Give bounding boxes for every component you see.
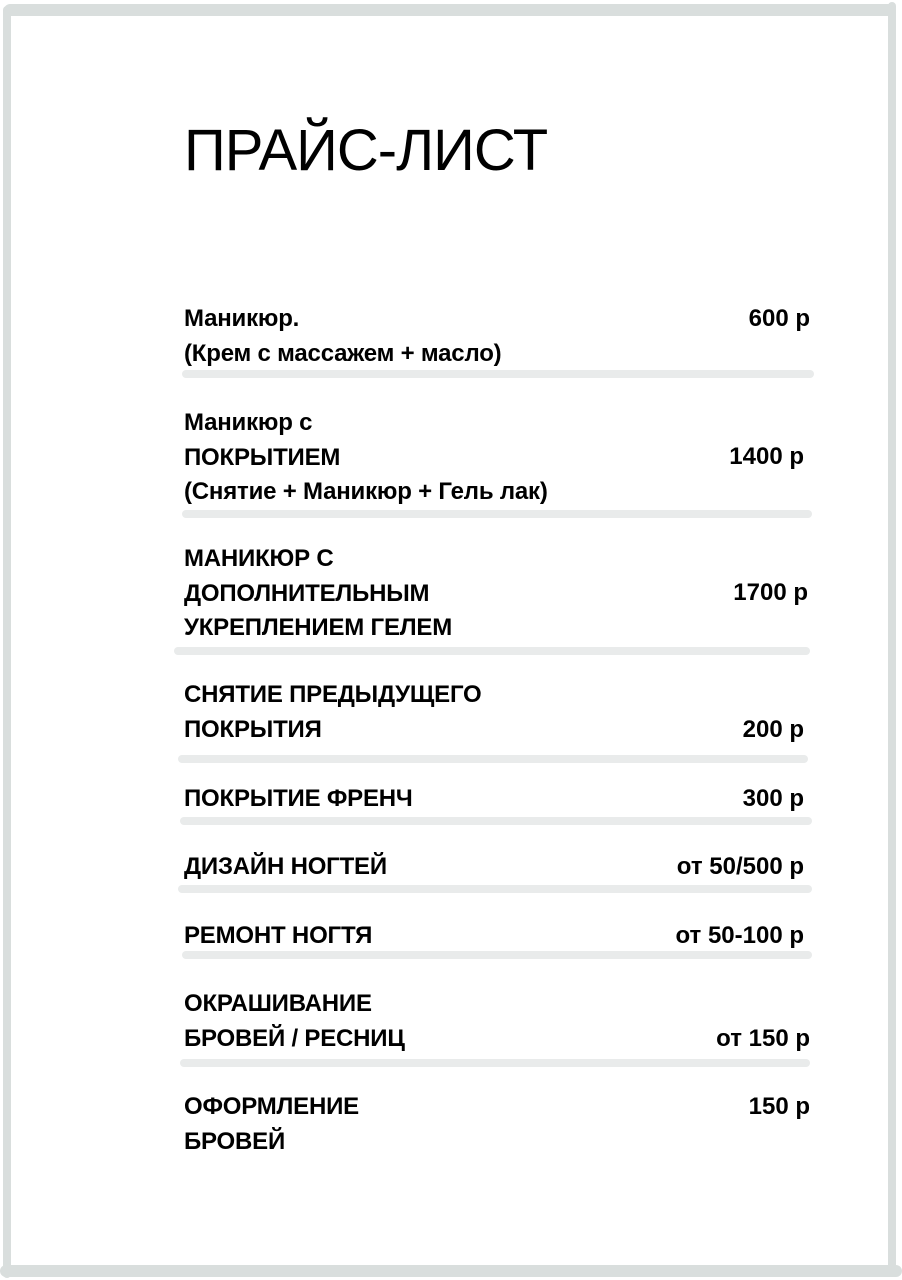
frame-border-right <box>888 2 896 1274</box>
service-price: от 150 р <box>716 1022 810 1057</box>
service-price: 1700 р <box>733 576 808 611</box>
service-price: 300 р <box>743 782 804 817</box>
service-price: 150 р <box>749 1090 810 1125</box>
frame-border-bottom <box>0 1265 902 1277</box>
service-name: СНЯТИЕ ПРЕДЫДУЩЕГО ПОКРЫТИЯ <box>184 678 810 747</box>
service-price: 1400 р <box>729 440 804 475</box>
divider <box>178 885 812 893</box>
price-item: МАНИКЮР С ДОПОЛНИТЕЛЬНЫМ УКРЕПЛЕНИЕМ ГЕЛ… <box>184 542 810 646</box>
service-price: от 50-100 р <box>675 919 804 954</box>
price-item: РЕМОНТ НОГТЯ от 50-100 р <box>184 919 810 954</box>
price-item: Маникюр с ПОКРЫТИЕМ (Снятие + Маникюр + … <box>184 406 810 510</box>
frame-border-left <box>3 6 11 1278</box>
service-name: МАНИКЮР С ДОПОЛНИТЕЛЬНЫМ УКРЕПЛЕНИЕМ ГЕЛ… <box>184 542 810 646</box>
divider <box>180 1059 810 1067</box>
divider <box>180 817 812 825</box>
divider <box>182 370 814 378</box>
divider <box>174 647 810 655</box>
divider <box>182 510 812 518</box>
price-item: ОКРАШИВАНИЕ БРОВЕЙ / РЕСНИЦ от 150 р <box>184 987 810 1056</box>
price-item: ДИЗАЙН НОГТЕЙ от 50/500 р <box>184 850 810 885</box>
service-price: 200 р <box>743 713 804 748</box>
price-item: Маникюр. (Крем с массажем + масло) 600 р <box>184 302 810 371</box>
price-item: ОФОРМЛЕНИЕ БРОВЕЙ 150 р <box>184 1090 810 1159</box>
divider <box>182 951 812 959</box>
service-name: ОФОРМЛЕНИЕ БРОВЕЙ <box>184 1090 810 1159</box>
service-price: 600 р <box>749 302 810 337</box>
service-name: Маникюр. (Крем с массажем + масло) <box>184 302 810 371</box>
price-item: СНЯТИЕ ПРЕДЫДУЩЕГО ПОКРЫТИЯ 200 р <box>184 678 810 747</box>
service-price: от 50/500 р <box>677 850 804 885</box>
service-name: ПОКРЫТИЕ ФРЕНЧ <box>184 782 810 817</box>
page-title: ПРАЙС-ЛИСТ <box>184 122 547 180</box>
divider <box>178 755 808 763</box>
frame-border-top <box>4 4 896 16</box>
service-name: Маникюр с ПОКРЫТИЕМ (Снятие + Маникюр + … <box>184 406 810 510</box>
price-item: ПОКРЫТИЕ ФРЕНЧ 300 р <box>184 782 810 817</box>
